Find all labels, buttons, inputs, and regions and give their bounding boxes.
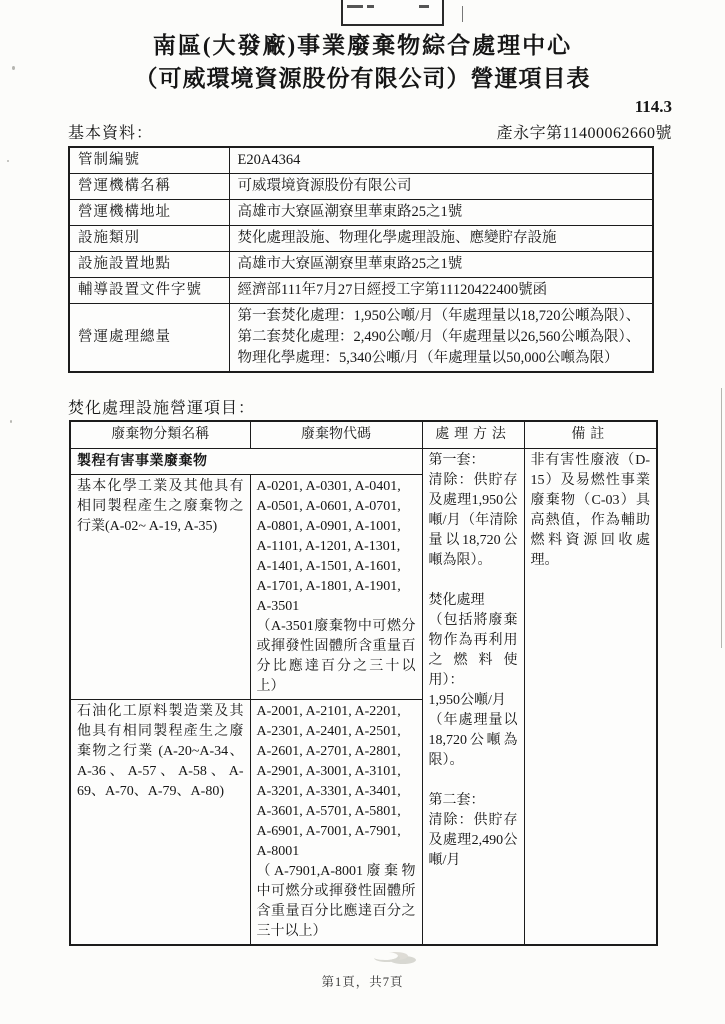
remark-cell: 非有害性廢液（D-15）及易燃性事業廢棄物（C-03）具高熱值，作為輔助燃料資源… (524, 449, 657, 946)
document-number: 產永字第11400062660號 (497, 120, 672, 143)
waste-industry-name: 石油化工原料製造業及其他具有相同製程產生之廢棄物之行業 (A-20~A-34、A… (70, 700, 250, 946)
column-header-treatment-method: 處理方法 (422, 421, 524, 449)
row-value: 第一套焚化處理：1,950公噸/月（年處理量以18,720公噸為限）、第二套焚化… (229, 304, 653, 373)
document-page: 南區(大發廠)事業廢棄物綜合處理中心 （可威環境資源股份有限公司）營運項目表 1… (0, 0, 725, 1024)
row-value: 經濟部111年7月27日經授工字第11120422400號函 (229, 278, 653, 304)
waste-industry-name: 基本化學工業及其他具有相同製程產生之廢棄物之行業(A-02~ A-19, A-3… (70, 475, 250, 700)
waste-codes-note: （A-7901,A-8001廢棄物中可燃分或揮發性固體所含重量百分比應達百分之三… (257, 862, 416, 942)
table-row: 營運處理總量 第一套焚化處理：1,950公噸/月（年處理量以18,720公噸為限… (69, 304, 653, 373)
waste-codes-note: （A-3501廢棄物中可燃分或揮發性固體所含重量百分比應達百分之三十以上） (257, 617, 416, 697)
row-value: E20A4364 (229, 147, 653, 174)
row-value: 高雄市大寮區潮寮里華東路25之1號 (229, 252, 653, 278)
stamp-mark (347, 5, 363, 8)
table-row: 營運機構名稱 可威環境資源股份有限公司 (69, 174, 653, 200)
row-label: 營運機構名稱 (69, 174, 229, 200)
stamp-artifact (341, 0, 444, 26)
row-label: 營運機構地址 (69, 200, 229, 226)
row-label: 輔導設置文件字號 (69, 278, 229, 304)
row-value: 焚化處理設施、物理化學處理設施、應變貯存設施 (229, 226, 653, 252)
column-header-waste-codes: 廢棄物代碼 (250, 421, 422, 449)
table-row: 營運機構地址 高雄市大寮區潮寮里華東路25之1號 (69, 200, 653, 226)
waste-codes: A-0201, A-0301, A-0401, A-0501, A-0601, … (257, 477, 416, 617)
waste-category-title: 製程有害事業廢棄物 (70, 449, 422, 475)
row-label: 管制編號 (69, 147, 229, 174)
waste-codes: A-2001, A-2101, A-2201, A-2301, A-2401, … (257, 702, 416, 862)
row-label: 營運處理總量 (69, 304, 229, 373)
scan-artifact-speck (12, 66, 15, 70)
scan-artifact-line (721, 388, 722, 648)
page-footer: 第1頁，共7頁 (0, 972, 725, 990)
scan-artifact-smudge (372, 952, 398, 960)
row-value: 可威環境資源股份有限公司 (229, 174, 653, 200)
table-header-row: 廢棄物分類名稱 廢棄物代碼 處理方法 備註 (70, 421, 657, 449)
version-number: 114.3 (635, 97, 672, 117)
stamp-mark (367, 5, 374, 8)
stamp-tick-artifact (462, 6, 463, 22)
operation-table: 廢棄物分類名稱 廢棄物代碼 處理方法 備註 製程有害事業廢棄物 第一套： 清除：… (69, 420, 658, 946)
row-value: 高雄市大寮區潮寮里華東路25之1號 (229, 200, 653, 226)
category-row: 製程有害事業廢棄物 第一套： 清除：供貯存及處理1,950公噸/月（年清除量以1… (70, 449, 657, 475)
table-row: 輔導設置文件字號 經濟部111年7月27日經授工字第11120422400號函 (69, 278, 653, 304)
document-title-line1: 南區(大發廠)事業廢棄物綜合處理中心 (0, 27, 725, 60)
section-title: 焚化處理設施營運項目： (68, 395, 255, 418)
column-header-remark: 備註 (524, 421, 657, 449)
column-header-waste-category: 廢棄物分類名稱 (70, 421, 250, 449)
table-row: 管制編號 E20A4364 (69, 147, 653, 174)
stamp-mark (419, 5, 429, 8)
row-label: 設施類別 (69, 226, 229, 252)
waste-codes-cell: A-0201, A-0301, A-0401, A-0501, A-0601, … (250, 475, 422, 700)
basic-info-line: 基本資料： 產永字第11400062660號 (68, 120, 672, 143)
waste-codes-cell: A-2001, A-2101, A-2201, A-2301, A-2401, … (250, 700, 422, 946)
document-title-line2: （可威環境資源股份有限公司）營運項目表 (0, 60, 725, 93)
scan-artifact-speck (10, 420, 12, 423)
treatment-method-cell: 第一套： 清除：供貯存及處理1,950公噸/月（年清除量以18,720公噸為限）… (422, 449, 524, 946)
basic-info-table: 管制編號 E20A4364 營運機構名稱 可威環境資源股份有限公司 營運機構地址… (68, 146, 654, 373)
row-label: 設施設置地點 (69, 252, 229, 278)
table-row: 設施類別 焚化處理設施、物理化學處理設施、應變貯存設施 (69, 226, 653, 252)
scan-artifact-speck (7, 160, 9, 162)
table-row: 設施設置地點 高雄市大寮區潮寮里華東路25之1號 (69, 252, 653, 278)
basic-info-label: 基本資料： (68, 120, 153, 143)
